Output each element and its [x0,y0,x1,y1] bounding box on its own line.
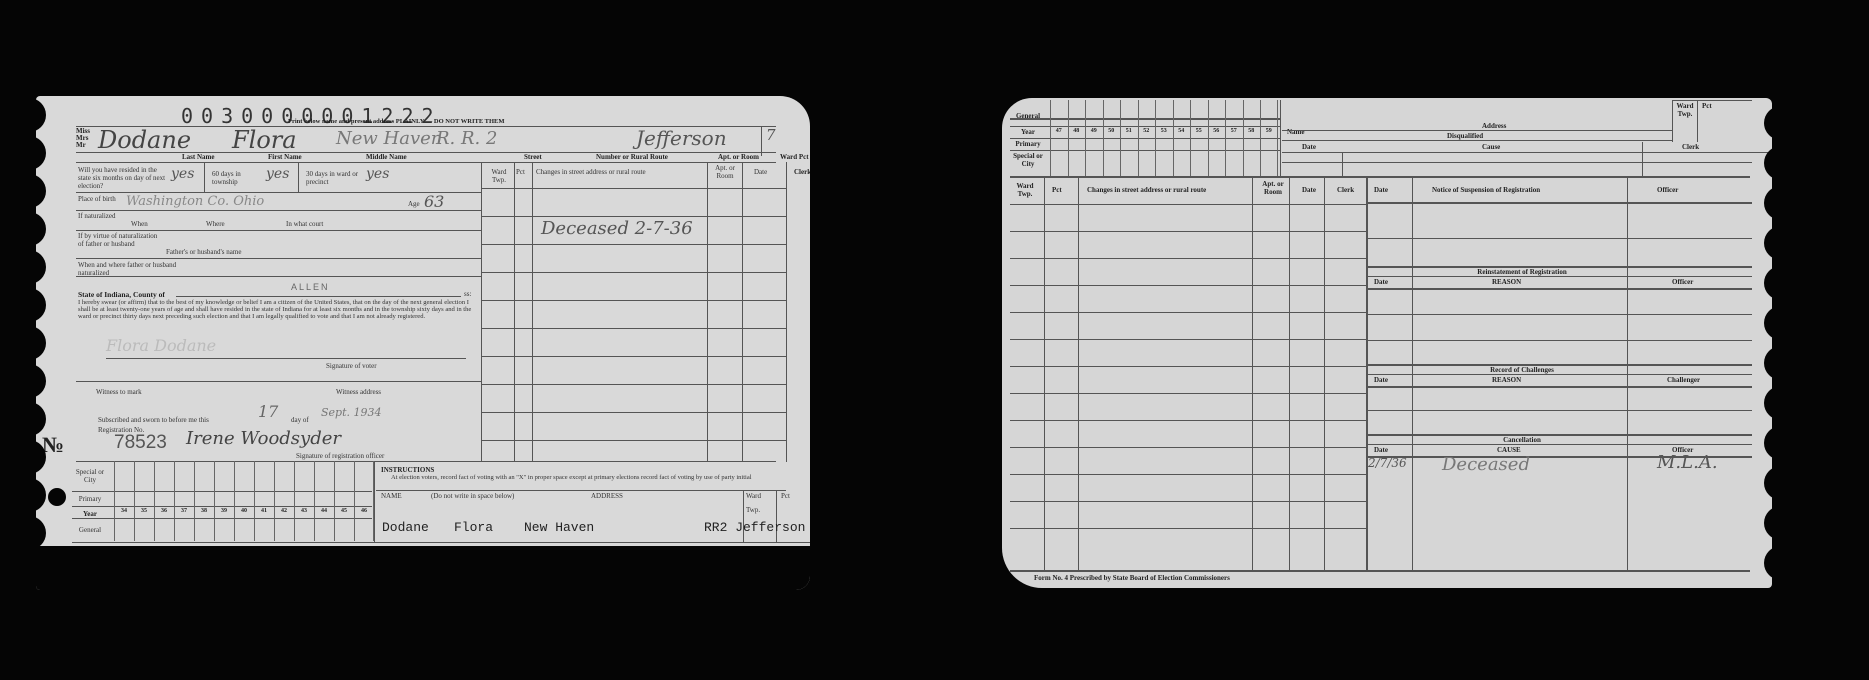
cancellation-col-date: Date [1374,446,1388,454]
suspension-col-date: Date [1374,186,1388,194]
label-place-of-birth: Place of birth [78,195,118,203]
label-ward-twp-back: Ward Twp. [1674,102,1696,118]
street-value: New Haven [336,128,442,149]
oath-text: I hereby swear (or affirm) that to the b… [78,299,473,320]
row-general: General [72,526,108,534]
q-state-residency: Will you have resided in the state six m… [78,166,168,190]
ward-pct-value: 7 [766,126,776,144]
label-when-where-father: When and where father or husband natural… [78,261,178,277]
reinstatement-col-reason: REASON [1492,278,1521,286]
voter-signature: Flora Dodane [106,336,216,355]
label-witness-address: Witness address [336,388,381,396]
label-address: ADDRESS [591,492,623,500]
rural-route-value: R. R. 2 [436,128,497,149]
col-changes: Changes in street address or rural route [536,168,646,176]
cancellation-officer: M.L.A. [1657,452,1718,473]
year-row-front: 34 35 36 37 38 39 40 41 42 43 44 45 46 [114,508,374,518]
day-value: 17 [258,402,278,421]
a-state-residency: yes [171,166,194,182]
label-when: When [131,220,148,228]
label-virtue: If by virtue of naturalization of father… [78,232,158,248]
a-township: yes [266,166,289,182]
cancellation-title: Cancellation [1442,436,1602,444]
challenges-col-date: Date [1374,376,1388,384]
vote-grid-back [1050,100,1280,176]
col-apt: Apt. or Room [711,164,739,180]
label-subscribed: Subscribed and sworn to before me this [98,416,209,424]
label-where: Where [206,220,225,228]
registration-number: 78523 [114,432,167,454]
back-col-pct: Pct [1052,186,1062,194]
row-year: Year [72,510,108,518]
label-if-naturalized: If naturalized [78,212,118,220]
first-name-value: Flora [232,126,297,154]
reinstatement-col-officer: Officer [1672,278,1693,286]
cancellation-col-cause: CAUSE [1497,446,1521,454]
challenges-title: Record of Challenges [1442,366,1602,374]
label-voter-signature: Signature of voter [326,362,377,370]
form-footer: Form No. 4 Prescribed by State Board of … [1034,574,1230,582]
header-instruction: Print below name and present address PLA… [288,118,505,126]
changes-entry-deceased: Deceased 2-7-36 [541,218,693,239]
year-row-back: 47 48 49 50 51 52 53 54 55 56 57 58 59 [1050,128,1280,138]
month-year-value: Sept. 1934 [321,406,382,419]
typed-first-name: Flora [454,520,493,535]
label-disqualified: Disqualified [1447,132,1483,140]
row-year-back: Year [1010,128,1046,136]
suspension-col-officer: Officer [1657,186,1678,194]
back-col-apt: Apt. or Room [1256,180,1290,196]
suspension-title: Notice of Suspension of Registration [1432,186,1540,194]
row-primary: Primary [72,495,108,503]
label-cause-back: Cause [1482,143,1500,151]
col-ward-twp: Ward Twp. [485,168,513,184]
label-address-back: Address [1482,122,1506,130]
cancellation-cause: Deceased [1442,454,1530,475]
back-col-ward-twp: Ward Twp. [1010,182,1040,198]
instructions-title: INSTRUCTIONS [381,466,434,474]
row-special-back: Special or City [1010,152,1046,168]
title-prefixes: Miss Mrs Mr [76,128,90,149]
label-twp: Twp. [746,506,760,514]
back-col-clerk: Clerk [1337,186,1354,194]
col-clerk: Clerk [794,168,810,176]
label-ward: Ward [746,492,761,500]
label-number-route: Number or Rural Route [596,153,668,161]
col-pct: Pct [516,168,525,176]
label-witness-mark: Witness to mark [96,388,142,396]
label-pct: Pct [781,492,790,500]
back-col-changes: Changes in street address or rural route [1087,186,1206,194]
typed-city: New Haven [524,520,594,535]
typed-last-name: Dodane [382,520,429,535]
label-first-name: First Name [268,153,302,161]
label-ward-pct: Ward Pct [780,153,809,161]
label-last-name: Last Name [182,153,214,161]
state-county-label: State of Indiana, County of [78,291,165,299]
typed-route: RR2 Jefferson [704,520,805,535]
challenges-col-reason: REASON [1492,376,1521,384]
label-officer-signature: Signature of registration officer [296,452,384,460]
place-of-birth-value: Washington Co. Ohio [126,194,264,209]
q-township: 60 days in township [212,170,262,186]
row-special-city: Special or City [72,468,108,484]
officer-signature: Irene Woodsyder [186,428,341,449]
label-middle-name: Middle Name [366,153,407,161]
label-date-back: Date [1302,143,1316,151]
label-do-not-write: (Do not write in space below) [431,492,514,500]
township-value: Jefferson [636,126,727,150]
last-name-value: Dodane [98,126,191,154]
reinstatement-col-date: Date [1374,278,1388,286]
county-value: ALLEN [291,282,330,292]
label-day-of: day of [291,416,309,424]
challenges-col-challenger: Challenger [1667,376,1700,384]
label-age: Age [408,200,420,208]
registration-card-front: 0030000001222 Print below name and prese… [36,96,810,590]
ss-label: ss: [464,290,471,298]
q-ward: 30 days in ward or precinct [306,170,361,186]
label-court: In what court [286,220,323,228]
reinstatement-title: Reinstatement of Registration [1442,268,1602,276]
instructions-text: At election voters, record fact of votin… [391,474,791,481]
punch-hole [48,488,66,506]
label-father-name: Father's or husband's name [166,248,241,256]
row-primary-back: Primary [1010,140,1046,148]
label-pct-back: Pct [1702,102,1712,110]
registration-card-back: General Year Primary Special or City 47 … [1002,98,1772,588]
back-col-date: Date [1302,186,1316,194]
cancellation-date: 2/7/36 [1368,456,1407,470]
col-date: Date [754,168,767,176]
label-name: NAME [381,492,402,500]
label-apt: Apt. or Room [718,153,759,161]
label-clerk-back: Clerk [1682,143,1699,151]
age-value: 63 [424,192,444,211]
a-ward: yes [366,166,389,182]
label-street: Street [524,153,542,161]
vote-grid-front [114,461,374,541]
